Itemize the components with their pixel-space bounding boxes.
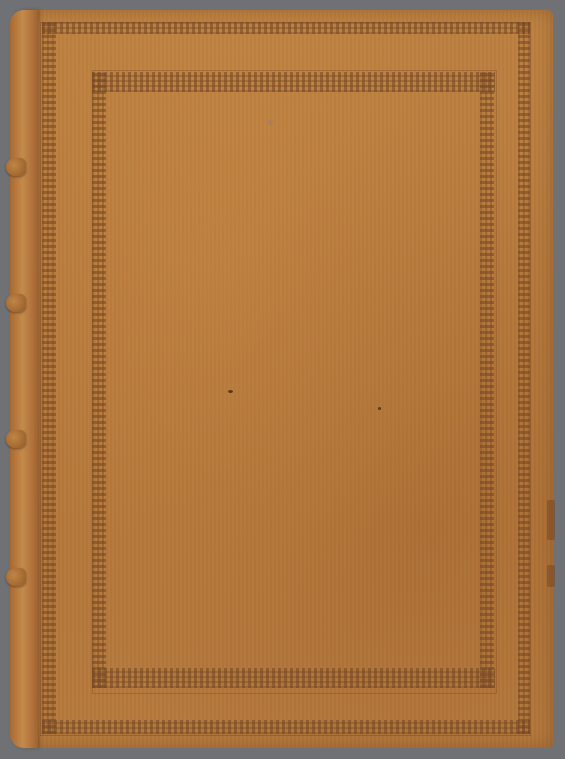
- leather-blemish: [268, 120, 273, 125]
- inner-frame-top: [92, 72, 495, 92]
- book-cover: [10, 10, 553, 748]
- outer-border-left: [42, 22, 56, 734]
- clasp-remnant: [547, 500, 555, 540]
- outer-border-top: [42, 22, 530, 34]
- inner-frame-bottom: [92, 668, 495, 688]
- spine-band: [6, 294, 26, 312]
- book-spine: [10, 10, 38, 748]
- spine-band: [6, 430, 26, 448]
- outer-border-bottom: [42, 720, 530, 734]
- leather-blemish: [228, 390, 233, 393]
- inner-frame-left: [92, 72, 106, 688]
- inner-frame-rule: [92, 70, 497, 694]
- spine-band: [6, 158, 26, 176]
- clasp-remnant: [547, 565, 555, 587]
- spine-band: [6, 568, 26, 586]
- outer-border-right: [518, 22, 530, 734]
- inner-frame-right: [480, 72, 494, 688]
- leather-blemish: [378, 407, 381, 410]
